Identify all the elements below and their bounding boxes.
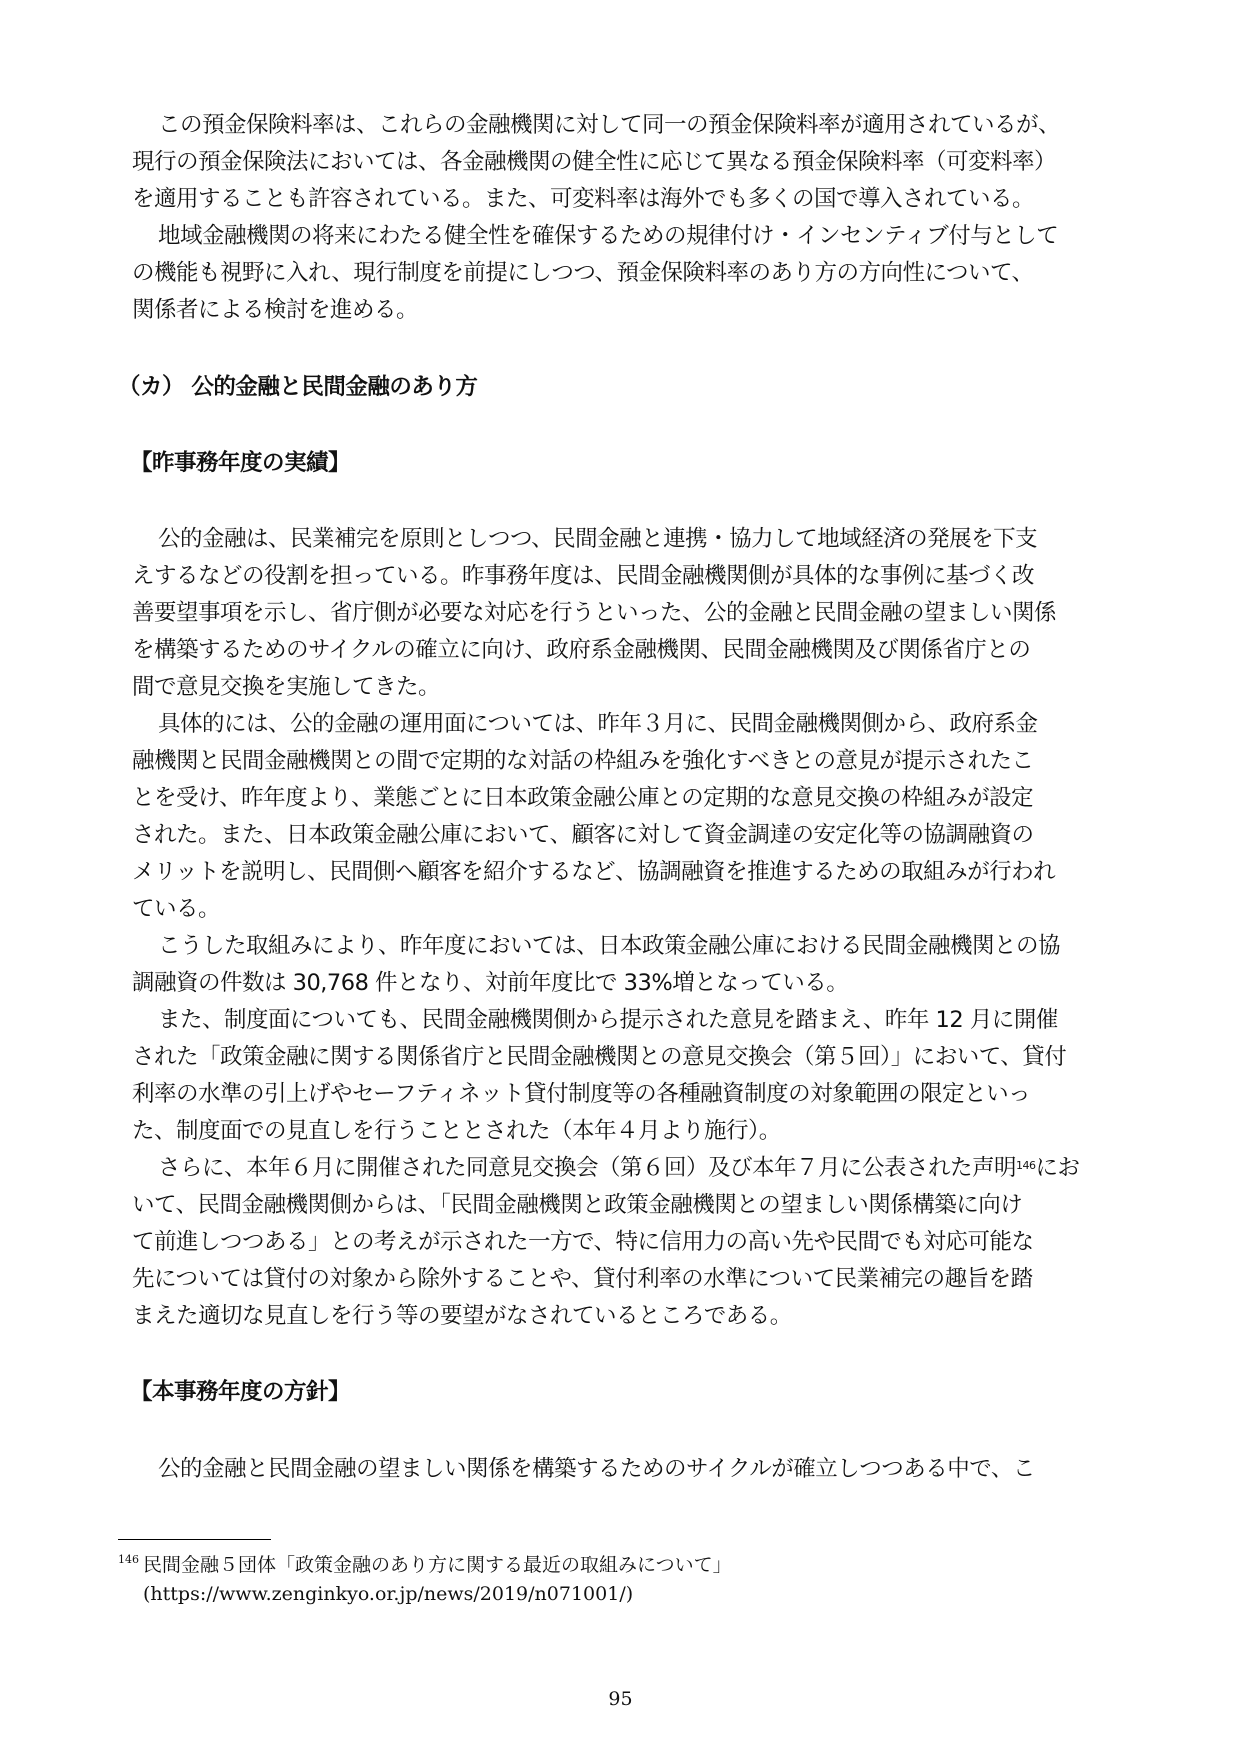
- page-number: 95: [0, 1688, 1241, 1710]
- paragraph-line: の機能も視野に入れ、現行制度を前提にしつつ、預金保険料率のあり方の方向性について…: [132, 258, 1112, 288]
- footnote-divider: [118, 1539, 271, 1540]
- paragraph-text: さらに、本年６月に開催された同意見交換会（第６回）及び本年７月に公表された声明: [158, 1155, 1016, 1181]
- paragraph-line: さらに、本年６月に開催された同意見交換会（第６回）及び本年７月に公表された声明1…: [158, 1153, 1138, 1183]
- paragraph-line: 善要望事項を示し、省庁側が必要な対応を行うといった、公的金融と民間金融の望ましい…: [132, 598, 1112, 628]
- paragraph-line: 先については貸付の対象から除外することや、貸付利率の水準について民業補完の趣旨を…: [132, 1264, 1112, 1294]
- paragraph-line: 調融資の件数は 30,768 件となり、対前年度比で 33%増となっている。: [132, 968, 1112, 998]
- paragraph-line: 現行の預金保険法においては、各金融機関の健全性に応じて異なる預金保険料率（可変料…: [132, 147, 1112, 177]
- paragraph-line: 利率の水準の引上げやセーフティネット貸付制度等の各種融資制度の対象範囲の限定とい…: [132, 1079, 1112, 1109]
- paragraph-line: を適用することも許容されている。また、可変料率は海外でも多くの国で導入されている…: [132, 184, 1112, 214]
- subheading-results: 【昨事務年度の実績】: [130, 448, 1110, 478]
- paragraph-line: ている。: [132, 894, 1112, 924]
- paragraph-line: 公的金融と民間金融の望ましい関係を構築するためのサイクルが確立しつつある中で、こ: [158, 1454, 1138, 1484]
- paragraph-line: 融機関と民間金融機関との間で定期的な対話の枠組みを強化すべきとの意見が提示された…: [132, 746, 1112, 776]
- footnote-reference[interactable]: 146: [1016, 1159, 1036, 1172]
- paragraph-line: て前進しつつある」との考えが示された一方で、特に信用力の高い先や民間でも対応可能…: [132, 1227, 1112, 1257]
- paragraph-line: メリットを説明し、民間側へ顧客を紹介するなど、協調融資を推進するための取組みが行…: [132, 857, 1112, 887]
- paragraph-line: 地域金融機関の将来にわたる健全性を確保するための規律付け・インセンティブ付与とし…: [158, 221, 1138, 251]
- paragraph-line: された「政策金融に関する関係省庁と民間金融機関との意見交換会（第５回）」において…: [132, 1042, 1112, 1072]
- paragraph-line: された。また、日本政策金融公庫において、顧客に対して資金調達の安定化等の協調融資…: [132, 820, 1112, 850]
- paragraph-line: こうした取組みにより、昨年度においては、日本政策金融公庫における民間金融機関との…: [158, 931, 1138, 961]
- paragraph-line: とを受け、昨年度より、業態ごとに日本政策金融公庫との定期的な意見交換の枠組みが設…: [132, 783, 1112, 813]
- paragraph-line: また、制度面についても、民間金融機関側から提示された意見を踏まえ、昨年 12 月…: [158, 1005, 1138, 1035]
- paragraph-line: 関係者による検討を進める。: [132, 295, 1112, 325]
- footnote-url[interactable]: (https://www.zenginkyo.or.jp/news/2019/n…: [143, 1582, 633, 1606]
- paragraph-line: を構築するためのサイクルの確立に向け、政府系金融機関、民間金融機関及び関係省庁と…: [132, 635, 1112, 665]
- paragraph-line: 公的金融は、民業補完を原則としつつ、民間金融と連携・協力して地域経済の発展を下支: [158, 524, 1138, 554]
- paragraph-line: た、制度面での見直しを行うこととされた（本年４月より施行）。: [132, 1116, 1112, 1146]
- subheading-policy: 【本事務年度の方針】: [130, 1377, 1110, 1407]
- paragraph-line: いて、民間金融機関側からは、「民間金融機関と政策金融機関との望ましい関係構築に向…: [132, 1190, 1112, 1220]
- footnote-number: 146: [118, 1553, 139, 1566]
- paragraph-line: まえた適切な見直しを行う等の要望がなされているところである。: [132, 1301, 1112, 1331]
- paragraph-line: この預金保険料率は、これらの金融機関に対して同一の預金保険料率が適用されているが…: [158, 110, 1138, 140]
- footnote-text: 民間金融５団体「政策金融のあり方に関する最近の取組みについて」: [143, 1553, 732, 1577]
- paragraph-line: 間で意見交換を実施してきた。: [132, 672, 1112, 702]
- paragraph-line: えするなどの役割を担っている。昨事務年度は、民間金融機関側が具体的な事例に基づく…: [132, 561, 1112, 591]
- section-title: （カ） 公的金融と民間金融のあり方: [118, 372, 1098, 402]
- paragraph-line: 具体的には、公的金融の運用面については、昨年３月に、民間金融機関側から、政府系金: [158, 709, 1138, 739]
- paragraph-text: にお: [1036, 1155, 1080, 1181]
